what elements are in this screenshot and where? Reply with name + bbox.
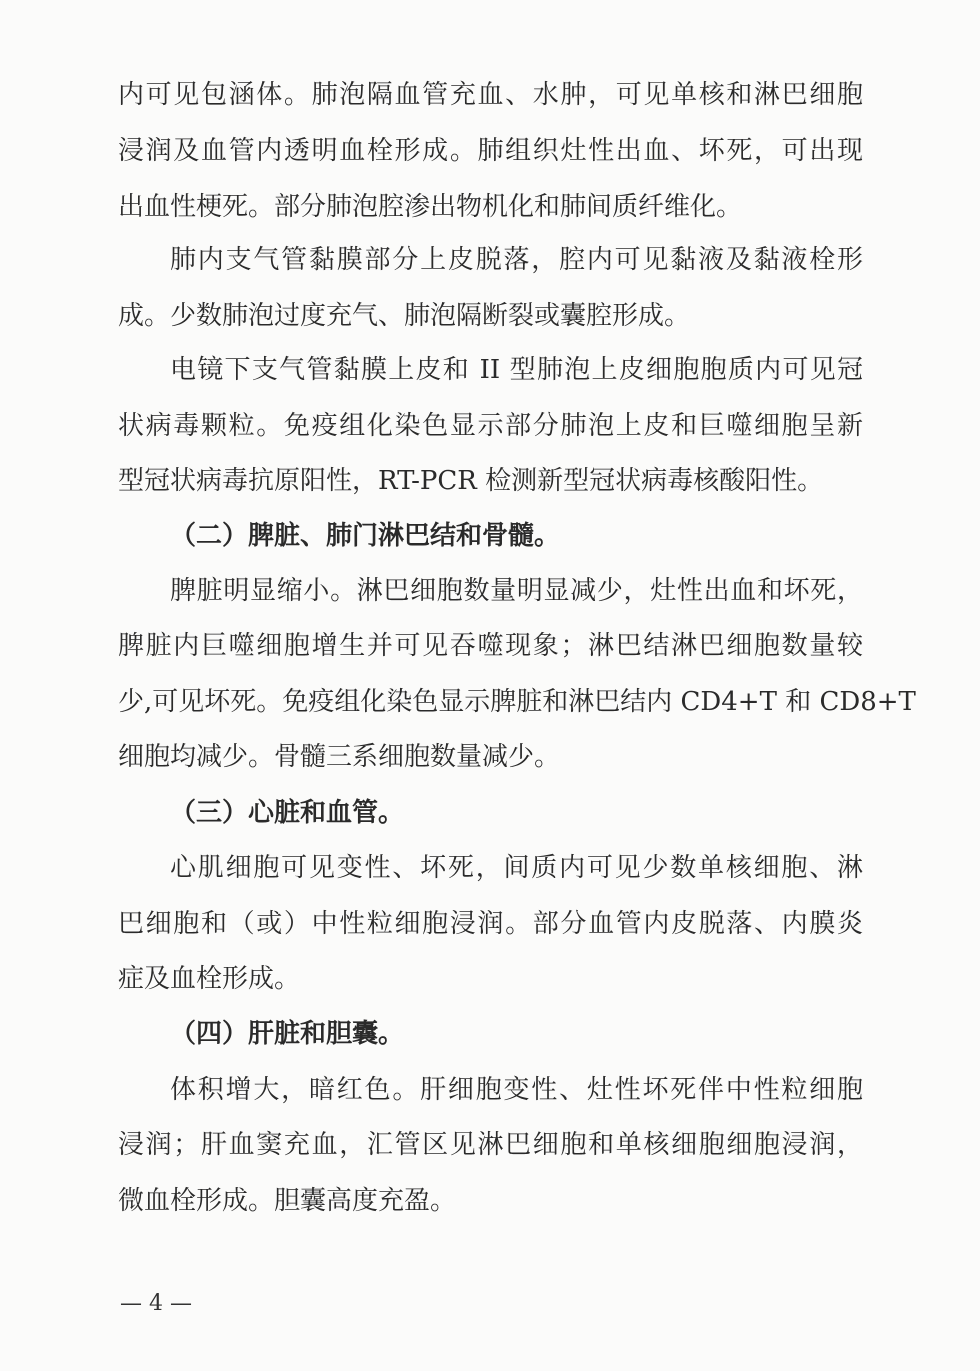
- section-heading: （三）心脏和血管。: [170, 798, 404, 828]
- text-line: 巴细胞和（或）中性粒细胞浸润。部分血管内皮脱落、内膜炎: [118, 909, 863, 939]
- text-line: 少,可见坏死。免疫组化染色显示脾脏和淋巴结内 CD4+T 和 CD8+T: [118, 687, 863, 717]
- text-line: 浸润；肝血窦充血，汇管区见淋巴细胞和单核细胞细胞浸润，: [118, 1130, 863, 1160]
- text-line: 症及血栓形成。: [118, 964, 863, 994]
- text-line: 心肌细胞可见变性、坏死，间质内可见少数单核细胞、淋: [170, 853, 863, 883]
- text-line: 脾脏明显缩小。淋巴细胞数量明显减少，灶性出血和坏死，: [170, 576, 863, 606]
- text-line: 状病毒颗粒。免疫组化染色显示部分肺泡上皮和巨噬细胞呈新: [118, 411, 863, 441]
- document-page: 内可见包涵体。肺泡隔血管充血、水肿，可见单核和淋巴细胞浸润及血管内透明血栓形成。…: [0, 0, 980, 1371]
- page-number: — 4 —: [120, 1291, 192, 1316]
- text-line: 电镜下支气管黏膜上皮和 II 型肺泡上皮细胞胞质内可见冠: [170, 355, 863, 385]
- text-line: 内可见包涵体。肺泡隔血管充血、水肿，可见单核和淋巴细胞: [118, 80, 863, 110]
- text-line: 出血性梗死。部分肺泡腔渗出物机化和肺间质纤维化。: [118, 192, 863, 222]
- text-line: 细胞均减少。骨髓三系细胞数量减少。: [118, 742, 863, 772]
- text-line: 浸润及血管内透明血栓形成。肺组织灶性出血、坏死，可出现: [118, 136, 863, 166]
- text-line: 肺内支气管黏膜部分上皮脱落，腔内可见黏液及黏液栓形: [170, 245, 863, 275]
- text-line: 脾脏内巨噬细胞增生并可见吞噬现象；淋巴结淋巴细胞数量较: [118, 631, 863, 661]
- text-line: 成。少数肺泡过度充气、肺泡隔断裂或囊腔形成。: [118, 301, 863, 331]
- text-line: 体积增大，暗红色。肝细胞变性、灶性坏死伴中性粒细胞: [170, 1075, 863, 1105]
- section-heading: （四）肝脏和胆囊。: [170, 1019, 404, 1049]
- section-heading: （二）脾脏、肺门淋巴结和骨髓。: [170, 521, 560, 551]
- text-line: 微血栓形成。胆囊高度充盈。: [118, 1186, 863, 1216]
- text-line: 型冠状病毒抗原阳性，RT-PCR 检测新型冠状病毒核酸阳性。: [118, 466, 863, 496]
